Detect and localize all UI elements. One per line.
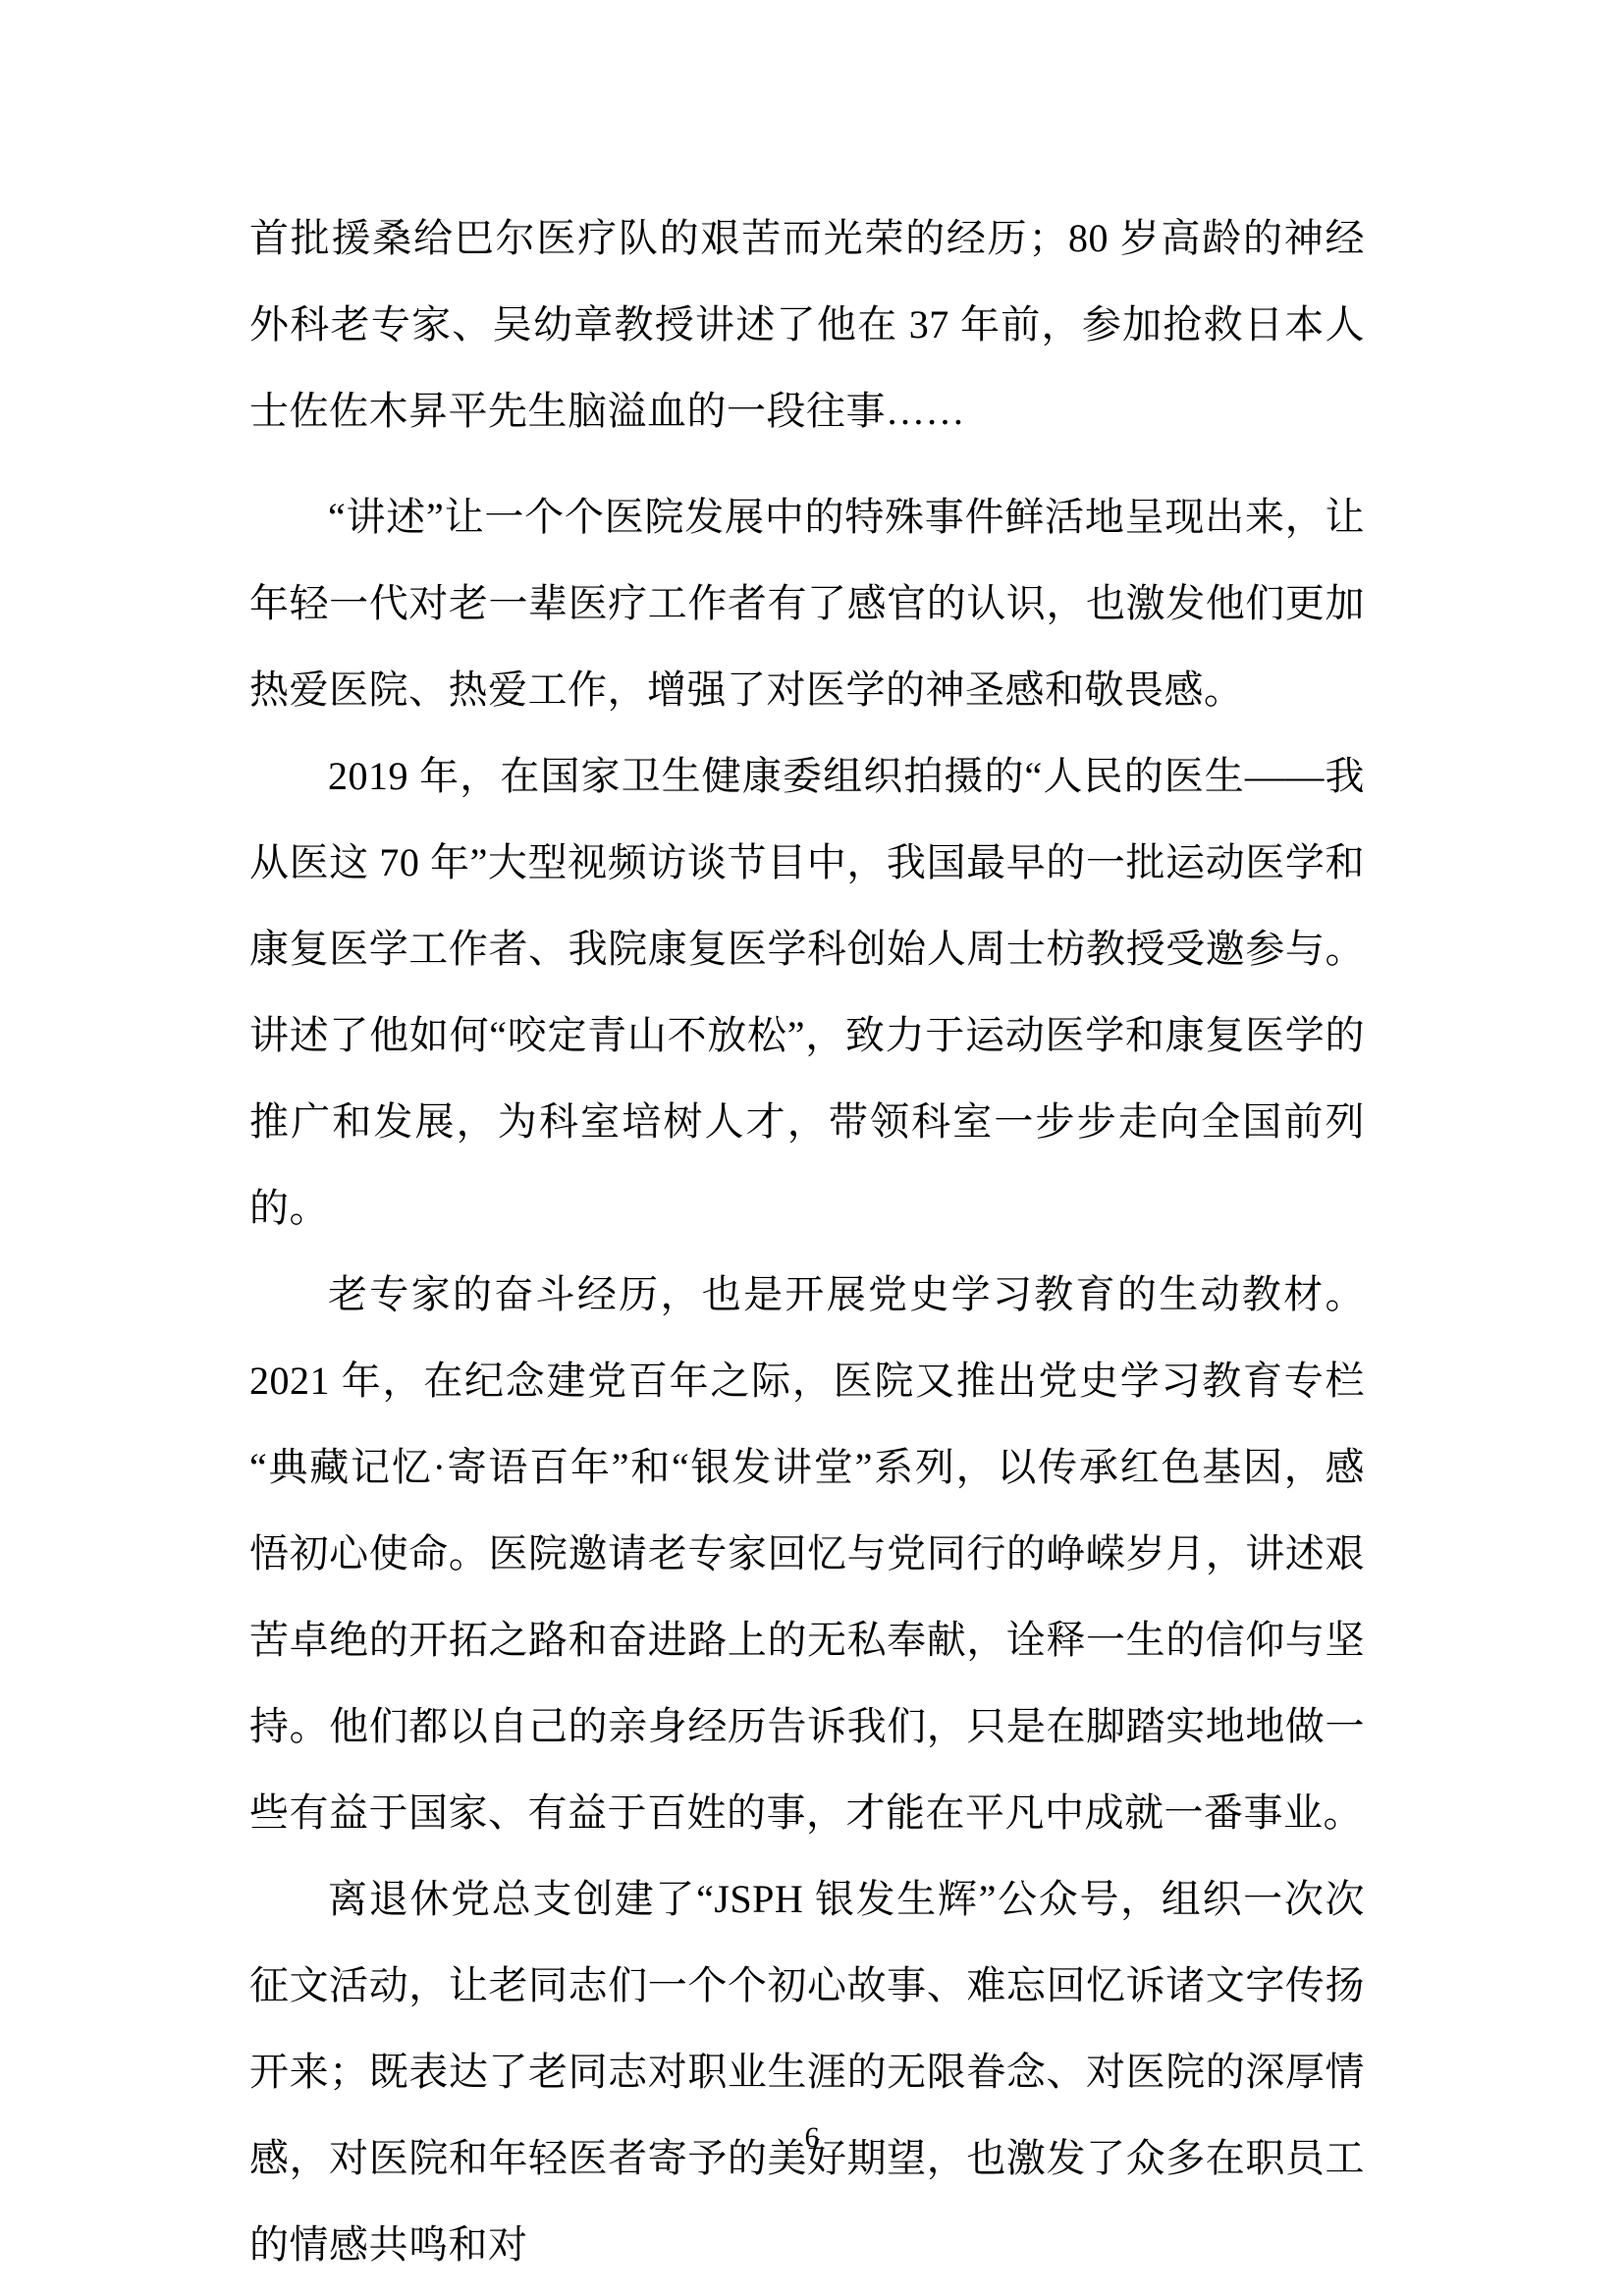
paragraph: 老专家的奋斗经历，也是开展党史学习教育的生动教材。2021 年，在纪念建党百年之… <box>249 1252 1365 1856</box>
page-footer: 6 <box>0 2120 1624 2156</box>
document-body: 首批援桑给巴尔医疗队的艰苦而光荣的经历；80 岁高龄的神经外科老专家、吴幼章教授… <box>249 0 1365 2288</box>
page-number: 6 <box>805 2121 820 2154</box>
paragraph-continued: 首批援桑给巴尔医疗队的艰苦而光荣的经历；80 岁高龄的神经外科老专家、吴幼章教授… <box>249 195 1365 454</box>
paragraph: 离退休党总支创建了“JSPH 银发生辉”公众号，组织一次次征文活动，让老同志们一… <box>249 1856 1365 2288</box>
paragraph: “讲述”让一个个医院发展中的特殊事件鲜活地呈现出来，让年轻一代对老一辈医疗工作者… <box>249 474 1365 733</box>
document-page: 首批援桑给巴尔医疗队的艰苦而光荣的经历；80 岁高龄的神经外科老专家、吴幼章教授… <box>0 0 1624 2296</box>
paragraph: 2019 年，在国家卫生健康委组织拍摄的“人民的医生——我从医这 70 年”大型… <box>249 733 1365 1252</box>
